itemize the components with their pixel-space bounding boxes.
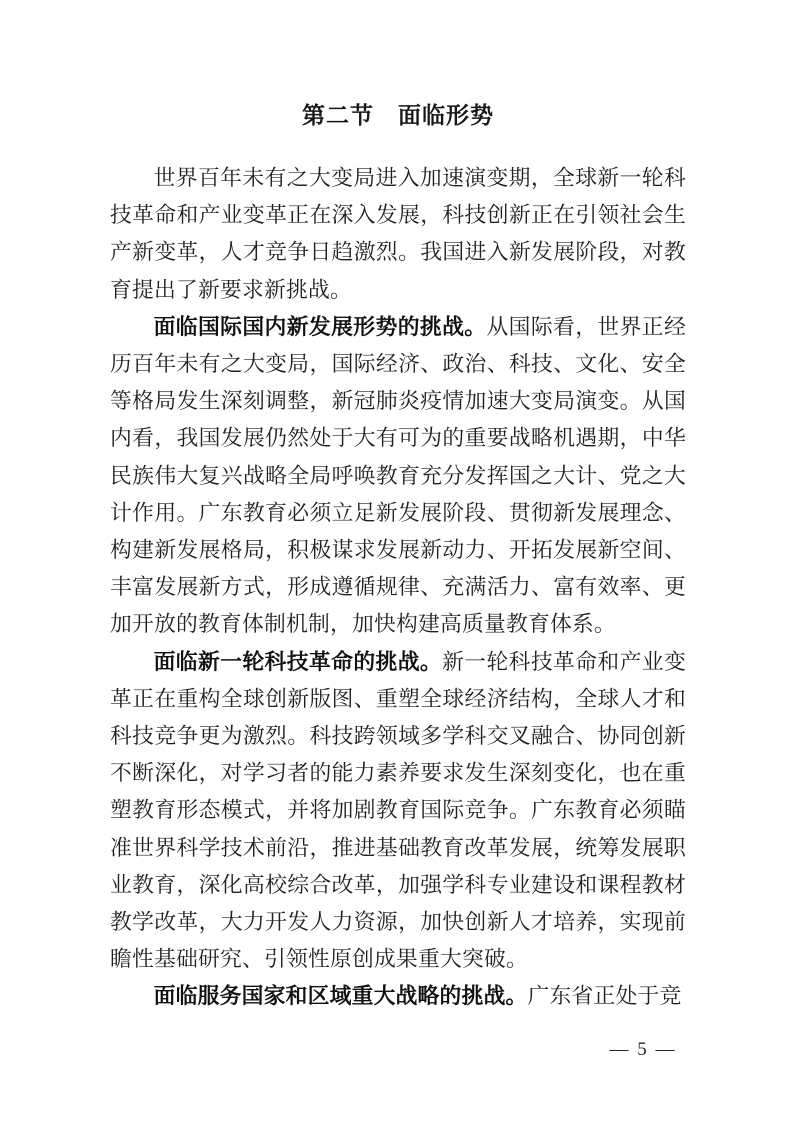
paragraph-1-text: 世界百年未有之大变局进入加速演变期，全球新一轮科技革命和产业变革正在深入发展，科… <box>110 166 686 302</box>
document-page: 第二节 面临形势 世界百年未有之大变局进入加速演变期，全球新一轮科技革命和产业变… <box>0 0 793 1122</box>
paragraph-3-text: 新一轮科技革命和产业变革正在重构全球创新版图、重塑全球经济结构，全球人才和科技竞… <box>110 650 686 972</box>
paragraph-4: 面临服务国家和区域重大战略的挑战。广东省正处于竞 <box>110 978 686 1015</box>
paragraph-2: 面临国际国内新发展形势的挑战。从国际看，世界正经历百年未有之大变局，国际经济、政… <box>110 309 686 644</box>
section-title: 第二节 面临形势 <box>110 97 686 134</box>
paragraph-3-lead: 面临新一轮科技革命的挑战。 <box>154 650 443 674</box>
page-number: — 5 — <box>603 1039 683 1061</box>
paragraph-2-text: 从国际看，世界正经历百年未有之大变局，国际经济、政治、科技、文化、安全等格局发生… <box>110 315 686 637</box>
paragraph-4-text: 广东省正处于竞 <box>528 984 682 1008</box>
paragraph-1: 世界百年未有之大变局进入加速演变期，全球新一轮科技革命和产业变革正在深入发展，科… <box>110 160 686 309</box>
paragraph-4-lead: 面临服务国家和区域重大战略的挑战。 <box>154 984 528 1008</box>
paragraph-3: 面临新一轮科技革命的挑战。新一轮科技革命和产业变革正在重构全球创新版图、重塑全球… <box>110 644 686 979</box>
document-body: 第二节 面临形势 世界百年未有之大变局进入加速演变期，全球新一轮科技革命和产业变… <box>110 97 686 1016</box>
paragraph-2-lead: 面临国际国内新发展形势的挑战。 <box>154 315 487 339</box>
